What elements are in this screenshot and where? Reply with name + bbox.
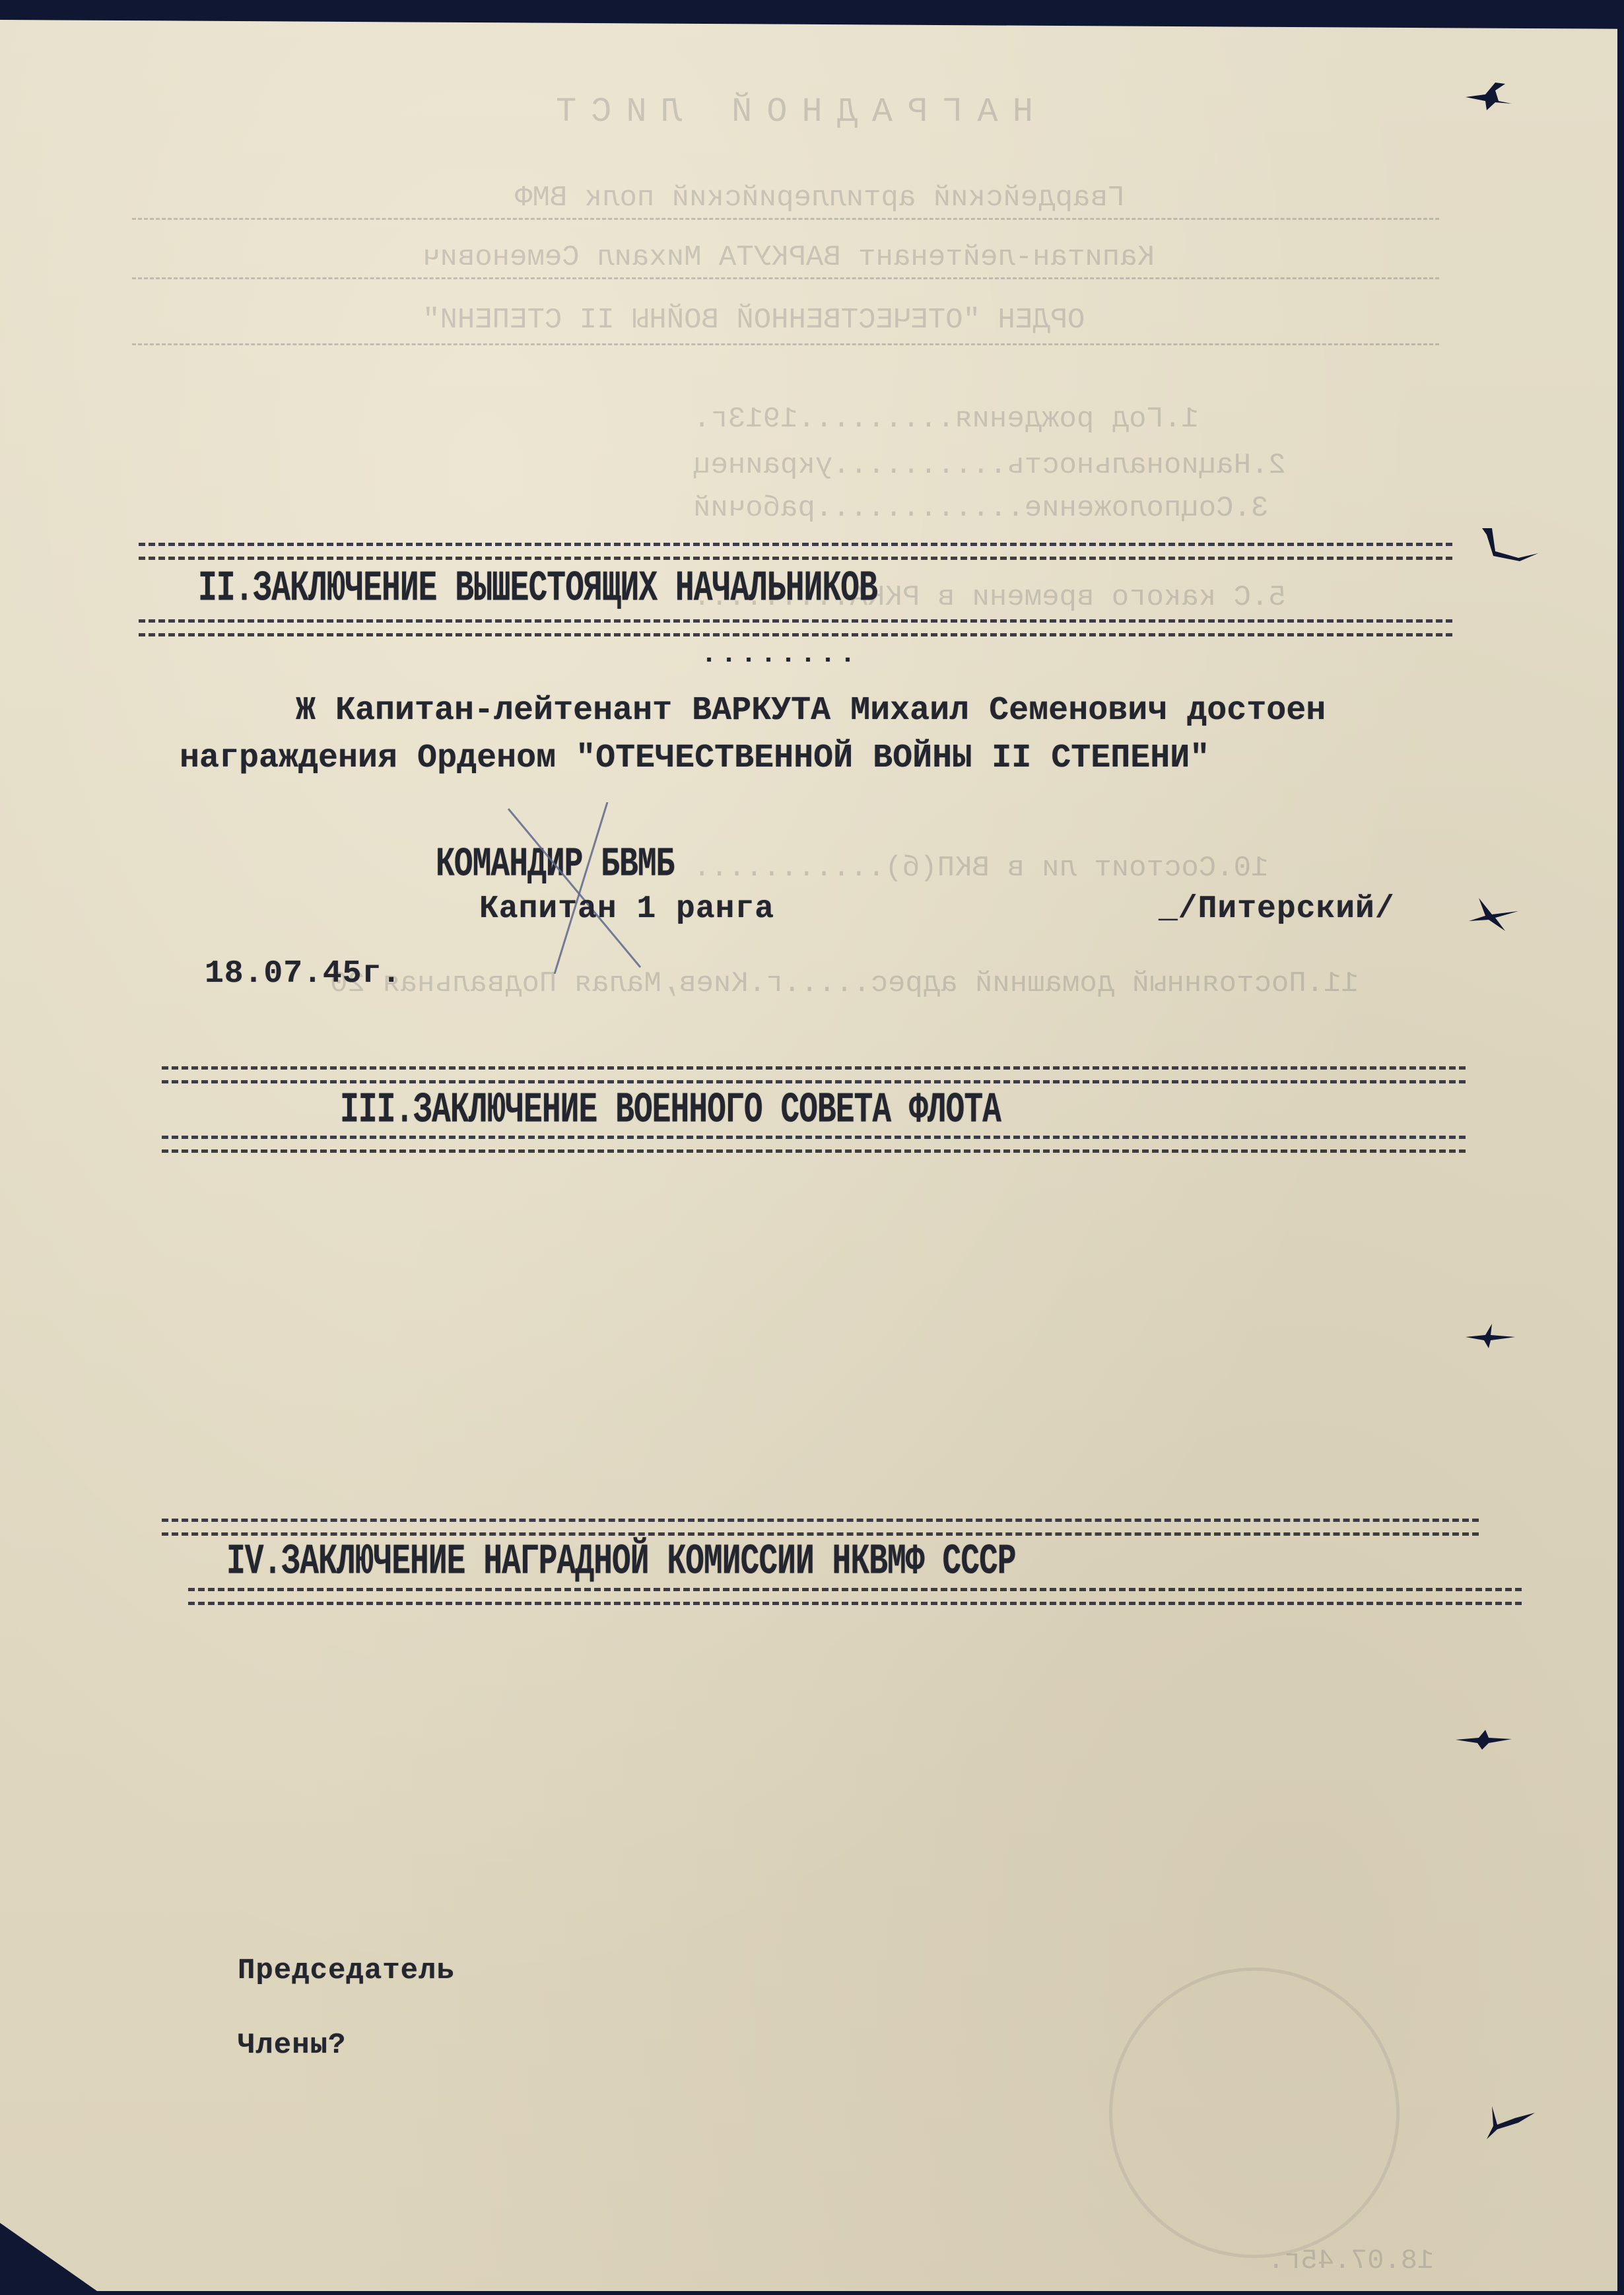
punch-hole-icon bbox=[1459, 69, 1518, 129]
section4-bottom-rule bbox=[188, 1588, 1522, 1605]
pencil-cross-mark bbox=[502, 802, 647, 974]
dots-filler: ........ bbox=[701, 640, 860, 670]
bleed-through-title: НАГРАДНОЙ ЛИСТ bbox=[541, 92, 1033, 131]
punch-hole-icon bbox=[1459, 1307, 1518, 1367]
bleed-through-line: 2.Национальность..........украинец bbox=[693, 449, 1286, 482]
section2-top-rule bbox=[139, 543, 1452, 560]
section4-top-rule bbox=[162, 1519, 1479, 1536]
section3-top-rule bbox=[162, 1066, 1466, 1083]
bleed-through-rule bbox=[132, 343, 1439, 345]
punch-hole-icon bbox=[1452, 1710, 1512, 1769]
bleed-through-line: 1.Год рождения.........1913г. bbox=[693, 403, 1199, 436]
section2-date: 18.07.45г. bbox=[205, 956, 401, 992]
bleed-through-line: ОРДЕН "ОТЕЧЕСТВЕННОЙ ВОЙНЫ II СТЕПЕНИ" bbox=[423, 304, 1085, 337]
section3-bottom-rule bbox=[162, 1136, 1466, 1153]
bleed-through-rule bbox=[132, 218, 1439, 220]
recommendation-line-2: награждения Орденом "ОТЕЧЕСТВЕННОЙ ВОЙНЫ… bbox=[180, 739, 1209, 777]
chairman-label: Председатель bbox=[238, 1954, 455, 1987]
section2-heading: II.ЗАКЛЮЧЕНИЕ ВЫШЕСТОЯЩИХ НАЧАЛЬНИКОВ bbox=[198, 565, 877, 613]
section4-heading: IV.ЗАКЛЮЧЕНИЕ НАГРАДНОЙ КОМИССИИ НКВМФ С… bbox=[226, 1538, 1016, 1587]
bleed-through-rule bbox=[132, 277, 1439, 279]
bleed-through-line: 3.Соцположение............рабочий bbox=[693, 492, 1268, 525]
punch-hole-icon bbox=[1466, 888, 1525, 947]
punch-hole-icon bbox=[1479, 2100, 1538, 2159]
bleed-through-line: 10.Состоит ли в ВКП(б)........... bbox=[693, 852, 1268, 885]
bleed-through-line: Капитан-лейтенант ВАРКУТА Михаил Семенов… bbox=[423, 241, 1155, 274]
recommendation-line-1: Ж Капитан-лейтенант ВАРКУТА Михаил Семен… bbox=[296, 692, 1326, 730]
bleed-through-line: Гвардейский артиллерийский полк ВМФ bbox=[515, 182, 1125, 215]
members-label: Члены? bbox=[238, 2029, 346, 2062]
section3-heading: III.ЗАКЛЮЧЕНИЕ ВОЕННОГО СОВЕТА ФЛОТА bbox=[340, 1087, 1001, 1135]
bleed-through-line: 11.Постоянный домашний адрес.....г.Киев,… bbox=[330, 967, 1359, 1000]
signatory-name: _/Питерский/ bbox=[1159, 891, 1395, 927]
punch-hole-icon bbox=[1479, 508, 1538, 568]
signatory-rank: Капитан 1 ранга bbox=[479, 891, 774, 927]
stamp-bleed-through bbox=[1109, 1968, 1400, 2258]
section2-bottom-rule bbox=[139, 619, 1452, 636]
document-page: НАГРАДНОЙ ЛИСТ Гвардейский артиллерийски… bbox=[0, 20, 1617, 2291]
